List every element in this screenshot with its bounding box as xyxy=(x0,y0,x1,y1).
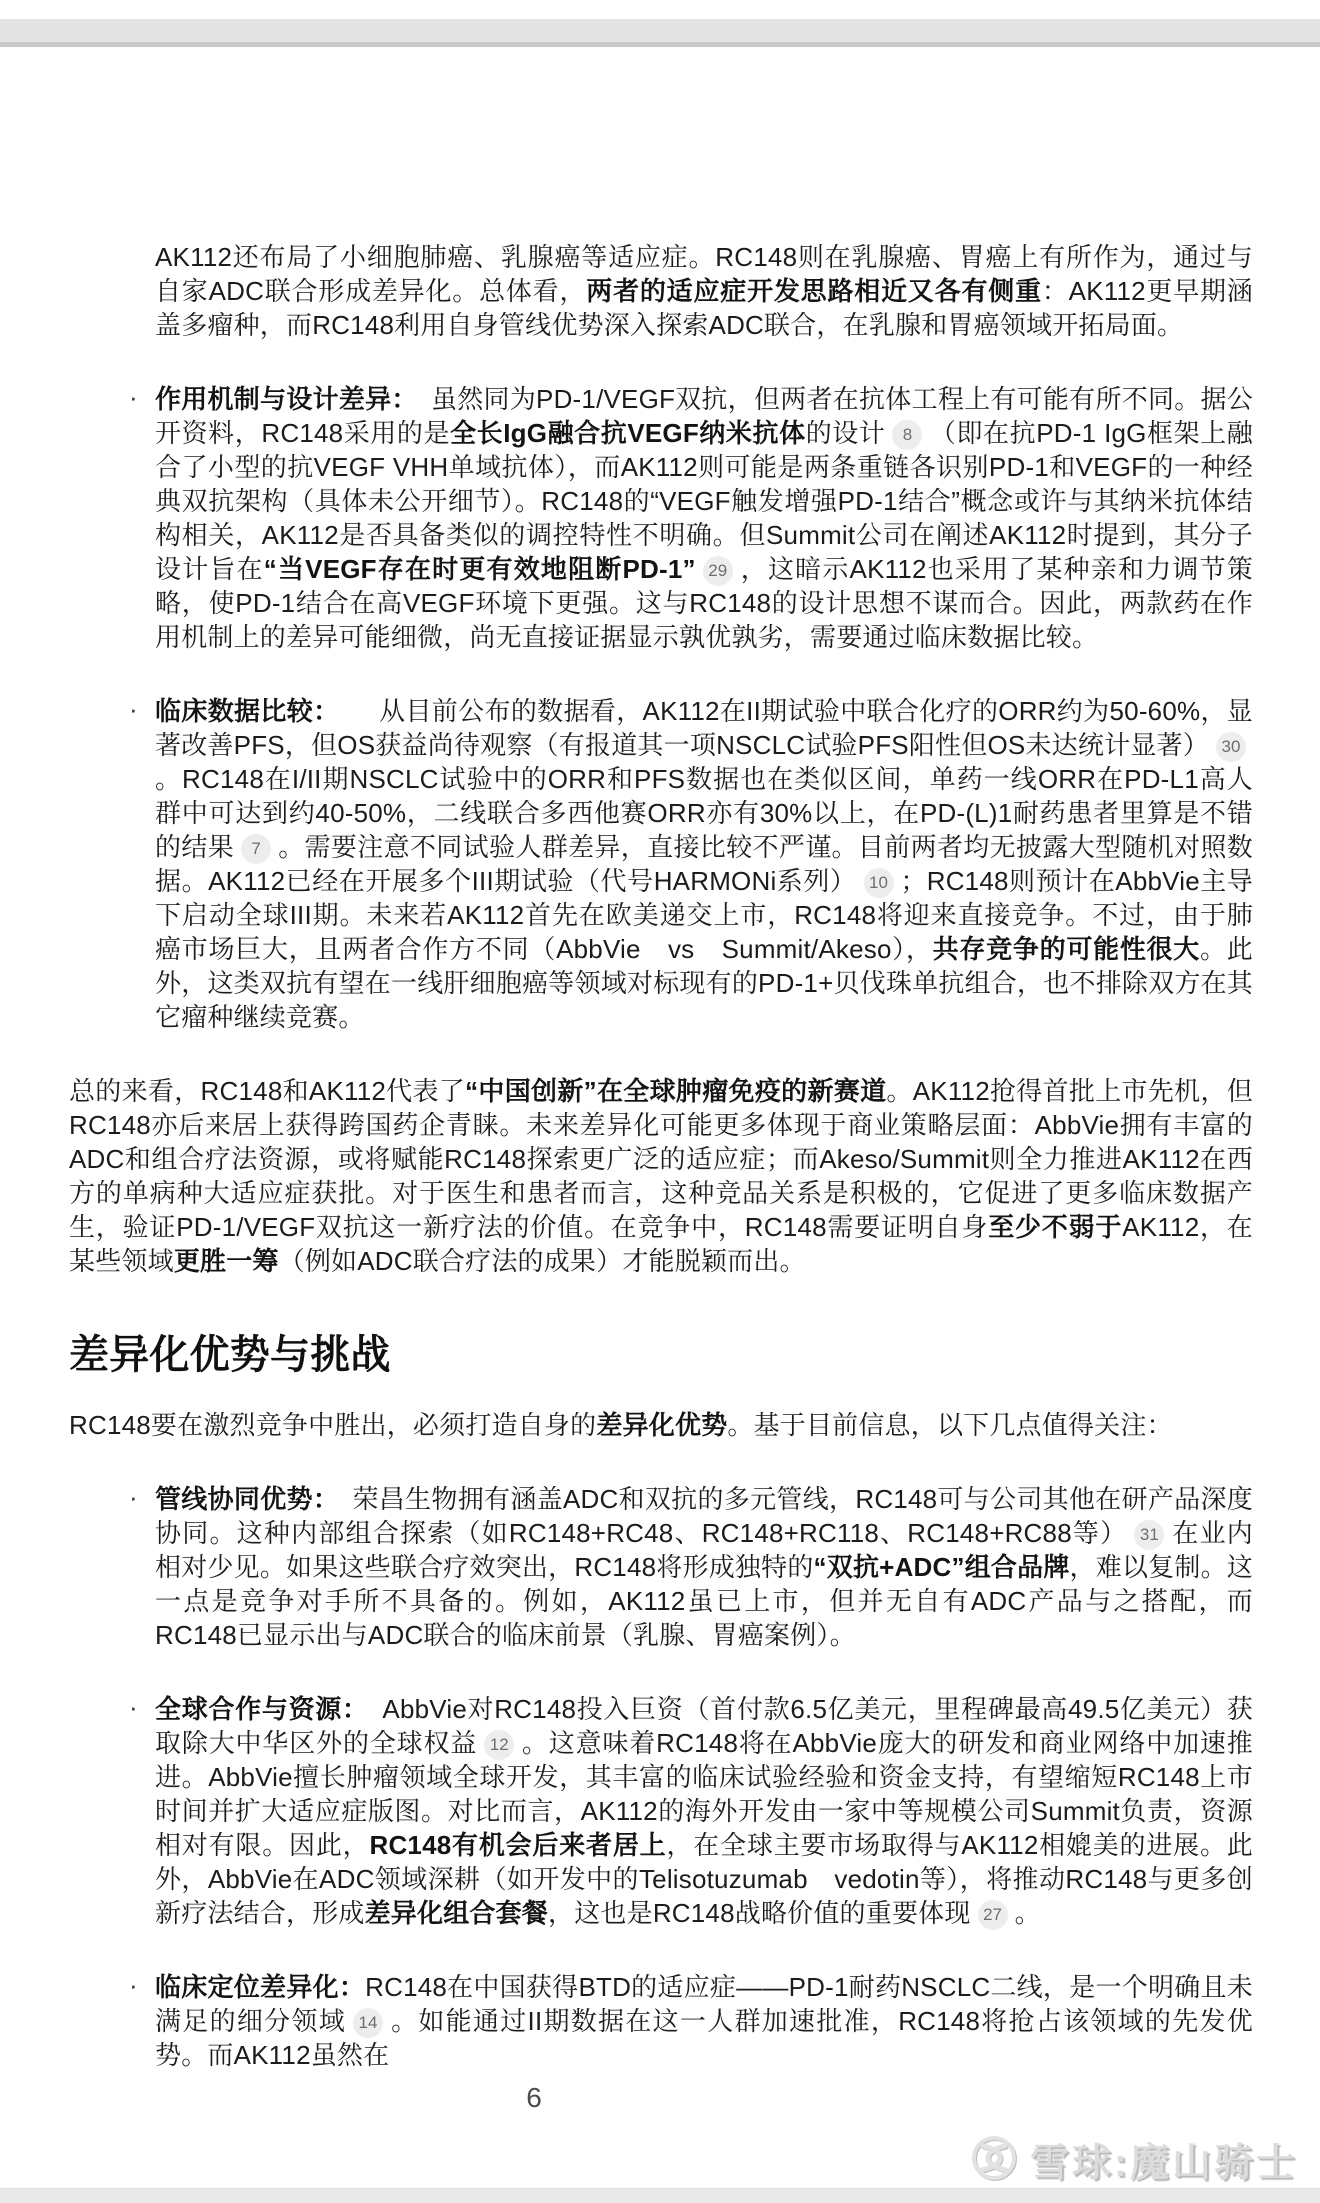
text-run-bold: 全长IgG融合抗VEGF纳米抗体 xyxy=(450,418,806,448)
text-run-bold: 差异化组合套餐 xyxy=(365,1898,548,1928)
citation-badge[interactable]: 14 xyxy=(353,2008,383,2038)
bullet-item: ·临床定位差异化：RC148在中国获得BTD的适应症——PD-1耐药NSCLC二… xyxy=(155,1970,1253,2072)
paragraph: RC148要在激烈竞争中胜出，必须打造自身的差异化优势。基于目前信息，以下几点值… xyxy=(69,1408,1253,1442)
citation-badge[interactable]: 12 xyxy=(484,1730,514,1760)
citation-badge[interactable]: 8 xyxy=(892,420,922,450)
bullet-marker-icon: · xyxy=(129,1968,138,2002)
text-run-bold: 临床定位差异化： xyxy=(155,1972,365,2002)
page-separator-top xyxy=(0,19,1320,47)
watermark-text: 雪球:魔山骑士 xyxy=(1030,2132,1298,2188)
text-run: 的设计 xyxy=(806,418,886,448)
citation-badge[interactable]: 27 xyxy=(978,1900,1008,1930)
paragraph: AK112还布局了小细胞肺癌、乳腺癌等适应症。RC148则在乳腺癌、胃癌上有所作… xyxy=(155,240,1253,342)
bullet-item: ·管线协同优势： 荣昌生物拥有涵盖ADC和双抗的多元管线，RC148可与公司其他… xyxy=(155,1482,1253,1652)
text-run-bold: 至少不弱于 xyxy=(988,1212,1122,1242)
bullet-marker-icon: · xyxy=(129,380,138,414)
citation-badge[interactable]: 31 xyxy=(1134,1520,1164,1550)
watermark: 雪球:魔山骑士 xyxy=(970,2132,1298,2188)
text-run-bold: 管线协同优势： xyxy=(155,1484,326,1514)
text-run-bold: 共存竞争的可能性很大 xyxy=(933,934,1200,964)
page-number: 6 xyxy=(514,2082,554,2114)
citation-badge[interactable]: 30 xyxy=(1216,732,1246,762)
xueqiu-logo-icon xyxy=(970,2134,1018,2187)
bullet-item: ·临床数据比较： 从目前公布的数据看，AK112在II期试验中联合化疗的ORR约… xyxy=(155,694,1253,1034)
text-run-bold: 两者的适应症开发思路相近又各有侧重 xyxy=(586,276,1042,306)
bullet-marker-icon: · xyxy=(129,1480,138,1514)
text-run-bold: 更胜一筹 xyxy=(174,1246,279,1276)
text-run-bold: 临床数据比较： xyxy=(155,696,326,726)
bullet-item: ·作用机制与设计差异： 虽然同为PD-1/VEGF双抗，但两者在抗体工程上有可能… xyxy=(155,382,1253,654)
text-run-bold: 作用机制与设计差异： xyxy=(155,384,405,414)
text-run: （例如ADC联合疗法的成果）才能脱颖而出。 xyxy=(279,1246,806,1276)
page-separator-bottom xyxy=(0,2188,1320,2203)
bullet-item: ·全球合作与资源： AbbVie对RC148投入巨资（首付款6.5亿美元，里程碑… xyxy=(155,1692,1253,1930)
citation-badge[interactable]: 29 xyxy=(703,556,733,586)
document-page: { "page": { "number": "6" }, "watermark"… xyxy=(0,0,1320,2203)
text-run-bold: 差异化优势 xyxy=(596,1410,727,1440)
text-run: ，这也是RC148战略价值的重要体现 xyxy=(548,1898,971,1928)
text-run: 总的来看，RC148和AK112代表了 xyxy=(69,1076,465,1106)
text-run-bold: “中国创新”在全球肿瘤免疫的新赛道 xyxy=(465,1076,886,1106)
bullet-marker-icon: · xyxy=(129,1690,138,1724)
text-run: 。基于目前信息，以下几点值得关注： xyxy=(727,1410,1172,1440)
document-body: AK112还布局了小细胞肺癌、乳腺癌等适应症。RC148则在乳腺癌、胃癌上有所作… xyxy=(69,240,1253,2112)
section-heading: 差异化优势与挑战 xyxy=(69,1330,1253,1380)
bullet-marker-icon: · xyxy=(129,692,138,726)
text-run: RC148要在激烈竞争中胜出，必须打造自身的 xyxy=(69,1410,596,1440)
citation-badge[interactable]: 10 xyxy=(864,868,894,898)
citation-badge[interactable]: 7 xyxy=(241,834,271,864)
text-run: 。 xyxy=(1015,1898,1041,1928)
text-run-bold: 全球合作与资源： xyxy=(155,1694,356,1724)
text-run-bold: RC148有机会后来者居上 xyxy=(369,1830,666,1860)
text-run-bold: “双抗+ADC”组合品牌 xyxy=(814,1552,1070,1582)
paragraph: 总的来看，RC148和AK112代表了“中国创新”在全球肿瘤免疫的新赛道。AK1… xyxy=(69,1074,1253,1278)
text-run-bold: “当VEGF存在时更有效地阻断PD-1” xyxy=(264,554,696,584)
